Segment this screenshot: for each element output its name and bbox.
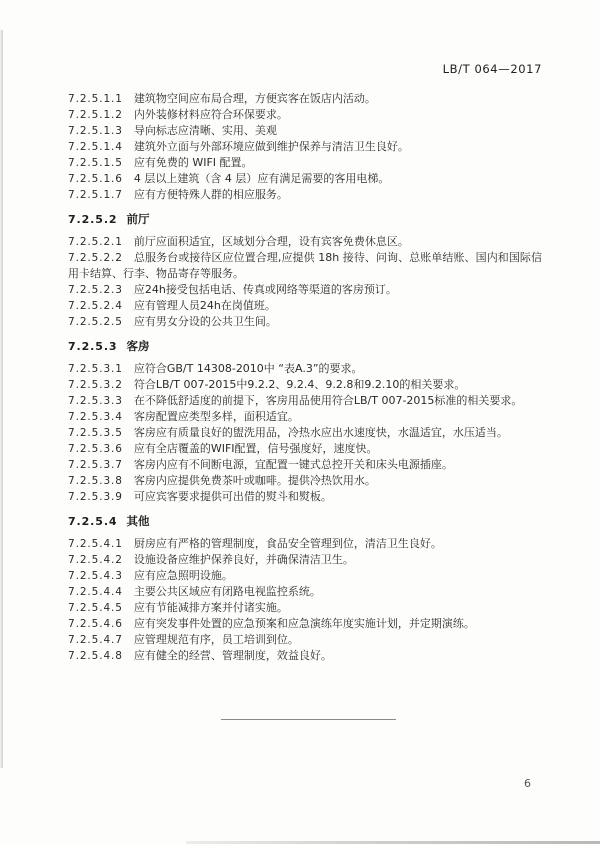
- clause-text: 客房应有质量良好的盥洗用品，冷热水应出水速度快，水温适宜，水压适当。: [134, 426, 508, 439]
- clause-line: 7.2.5.3.7客房内应有不间断电源，宜配置一键式总控开关和床头电源插座。: [68, 457, 542, 473]
- clause-text: 前厅应面积适宜，区域划分合理，设有宾客免费休息区。: [134, 235, 409, 248]
- section-number: 7.2.5.2: [68, 213, 117, 226]
- clause-text: 应符合GB/T 14308-2010中 “表A.3”的要求。: [134, 362, 363, 375]
- section-heading-front-hall: 7.2.5.2前厅: [68, 211, 542, 228]
- clause-line: 7.2.5.3.3在不降低舒适度的前提下，客房用品使用符合LB/T 007-20…: [68, 393, 542, 409]
- clause-number: 7.2.5.4.5: [68, 602, 123, 614]
- clause-number: 7.2.5.3.5: [68, 427, 123, 439]
- clause-number: 7.2.5.3.6: [68, 443, 123, 455]
- section-number: 7.2.5.3: [68, 340, 117, 353]
- clause-text: 应有应急照明设施。: [134, 569, 233, 582]
- clause-text: 客房内应提供免费茶叶或咖啡。提供冷热饮用水。: [134, 474, 376, 487]
- clause-number: 7.2.5.2.4: [68, 300, 123, 312]
- clause-number: 7.2.5.2.5: [68, 316, 123, 328]
- clause-line: 7.2.5.1.3导向标志应清晰、实用、美观: [68, 123, 542, 139]
- clause-number: 7.2.5.1.1: [68, 93, 123, 105]
- clause-text: 客房内应有不间断电源，宜配置一键式总控开关和床头电源插座。: [134, 458, 453, 471]
- clause-text: 厨房应有严格的管理制度，食品安全管理到位，清洁卫生良好。: [134, 537, 442, 550]
- clause-line: 7.2.5.3.2符合LB/T 007-2015中9.2.2、9.2.4、9.2…: [68, 377, 542, 393]
- clause-line: 7.2.5.2.1前厅应面积适宜，区域划分合理，设有宾客免费休息区。: [68, 234, 542, 250]
- clause-line: 7.2.5.4.5应有节能减排方案并付诸实施。: [68, 600, 542, 616]
- clause-text: 应有健全的经营、管理制度，效益良好。: [134, 649, 332, 662]
- document-page: LB/T 064—2017 7.2.5.1.1建筑物空间应布局合理，方便宾客在饭…: [0, 0, 600, 844]
- clause-text: 应有节能减排方案并付诸实施。: [134, 601, 288, 614]
- clause-line: 7.2.5.1.4建筑外立面与外部环境应做到维护保养与清洁卫生良好。: [68, 139, 542, 155]
- clause-text: 应有方便特殊人群的相应服务。: [134, 188, 288, 201]
- section-heading-guest-room: 7.2.5.3客房: [68, 338, 542, 355]
- section-heading-other: 7.2.5.4其他: [68, 513, 542, 530]
- section-title: 客房: [126, 339, 149, 353]
- clause-text: 可应宾客要求提供可出借的熨斗和熨板。: [134, 490, 332, 503]
- clause-number: 7.2.5.1.2: [68, 109, 123, 121]
- clause-number: 7.2.5.3.4: [68, 411, 123, 423]
- clause-number: 7.2.5.1.6: [68, 173, 123, 185]
- clause-line: 7.2.5.4.6应有突发事件处置的应急预案和应急演练年度实施计划，并定期演练。: [68, 616, 542, 632]
- clause-line: 7.2.5.2.5应有男女分设的公共卫生间。: [68, 314, 542, 330]
- clause-number: 7.2.5.1.5: [68, 157, 123, 169]
- clause-text: 客房配置应类型多样，面积适宜。: [134, 410, 299, 423]
- clause-line: 7.2.5.1.2内外装修材料应符合环保要求。: [68, 107, 542, 123]
- clause-number: 7.2.5.2.3: [68, 284, 123, 296]
- clause-number: 7.2.5.3.2: [68, 379, 123, 391]
- clause-text: 设施设备应维护保养良好，并确保清洁卫生。: [134, 553, 354, 566]
- clause-line: 7.2.5.4.1厨房应有严格的管理制度，食品安全管理到位，清洁卫生良好。: [68, 536, 542, 552]
- clause-line: 7.2.5.3.1应符合GB/T 14308-2010中 “表A.3”的要求。: [68, 361, 542, 377]
- clause-text: 主要公共区域应有闭路电视监控系统。: [134, 585, 321, 598]
- clause-line: 7.2.5.3.8客房内应提供免费茶叶或咖啡。提供冷热饮用水。: [68, 473, 542, 489]
- clause-text: 应有男女分设的公共卫生间。: [134, 315, 277, 328]
- clause-number: 7.2.5.4.4: [68, 586, 123, 598]
- document-body: 7.2.5.1.1建筑物空间应布局合理，方便宾客在饭店内活动。 7.2.5.1.…: [68, 91, 542, 664]
- clause-line: 7.2.5.1.7应有方便特殊人群的相应服务。: [68, 187, 542, 203]
- clause-line: 7.2.5.2.4应有管理人员24h在岗值班。: [68, 298, 542, 314]
- clause-number: 7.2.5.2.1: [68, 236, 123, 248]
- clause-line: 7.2.5.2.3应24h接受包括电话、传真或网络等渠道的客房预订。: [68, 282, 542, 298]
- clause-line: 7.2.5.3.9可应宾客要求提供可出借的熨斗和熨板。: [68, 489, 542, 505]
- clause-number: 7.2.5.4.2: [68, 554, 123, 566]
- clause-line: 7.2.5.4.3应有应急照明设施。: [68, 568, 542, 584]
- clause-line: 7.2.5.4.7应管理规范有序，员工培训到位。: [68, 632, 542, 648]
- clause-line: 7.2.5.4.8应有健全的经营、管理制度，效益良好。: [68, 648, 542, 664]
- clause-text: 应有免费的 WIFI 配置。: [134, 156, 253, 169]
- clause-line: 7.2.5.4.4主要公共区域应有闭路电视监控系统。: [68, 584, 542, 600]
- clause-line: 7.2.5.4.2设施设备应维护保养良好，并确保清洁卫生。: [68, 552, 542, 568]
- clause-text: 导向标志应清晰、实用、美观: [134, 124, 277, 137]
- section-title: 其他: [126, 514, 149, 528]
- clause-number: 7.2.5.4.3: [68, 570, 123, 582]
- clause-text: 符合LB/T 007-2015中9.2.2、9.2.4、9.2.8和9.2.10…: [134, 378, 466, 391]
- clause-text: 建筑物空间应布局合理，方便宾客在饭店内活动。: [134, 92, 376, 105]
- clause-number: 7.2.5.3.1: [68, 363, 123, 375]
- doc-number: LB/T 064—2017: [443, 62, 542, 76]
- clause-number: 7.2.5.3.9: [68, 491, 123, 503]
- clause-text: 内外装修材料应符合环保要求。: [134, 108, 288, 121]
- clause-text: 建筑外立面与外部环境应做到维护保养与清洁卫生良好。: [134, 140, 409, 153]
- clause-text: 应有全店覆盖的WIFI配置，信号强度好，速度快。: [134, 442, 378, 455]
- clause-line: 7.2.5.3.4客房配置应类型多样，面积适宜。: [68, 409, 542, 425]
- clause-number: 7.2.5.4.6: [68, 618, 123, 630]
- clause-line: 7.2.5.1.64 层以上建筑（含 4 层）应有满足需要的客用电梯。: [68, 171, 542, 187]
- clause-number: 7.2.5.3.3: [68, 395, 123, 407]
- clause-line: 7.2.5.1.1建筑物空间应布局合理，方便宾客在饭店内活动。: [68, 91, 542, 107]
- left-scan-edge-artifact: [0, 30, 3, 768]
- clause-number: 7.2.5.2.2: [68, 252, 123, 264]
- clause-text: 应管理规范有序，员工培训到位。: [134, 633, 299, 646]
- section-title: 前厅: [126, 212, 149, 226]
- clause-text: 4 层以上建筑（含 4 层）应有满足需要的客用电梯。: [134, 172, 390, 185]
- clause-line: 7.2.5.2.2总服务台或接待区应位置合理,应提供 18h 接待、问询、总账单…: [68, 250, 542, 282]
- clause-text: 应24h接受包括电话、传真或网络等渠道的客房预订。: [134, 283, 397, 296]
- clause-number: 7.2.5.3.7: [68, 459, 123, 471]
- section-number: 7.2.5.4: [68, 515, 117, 528]
- footer-separator-line: [221, 719, 396, 720]
- clause-text: 应有管理人员24h在岗值班。: [134, 299, 276, 312]
- clause-line: 7.2.5.3.6应有全店覆盖的WIFI配置，信号强度好，速度快。: [68, 441, 542, 457]
- clause-number: 7.2.5.1.3: [68, 125, 123, 137]
- clause-number: 7.2.5.1.4: [68, 141, 123, 153]
- clause-number: 7.2.5.3.8: [68, 475, 123, 487]
- clause-line: 7.2.5.1.5应有免费的 WIFI 配置。: [68, 155, 542, 171]
- clause-number: 7.2.5.1.7: [68, 189, 123, 201]
- page-number: 6: [524, 777, 531, 790]
- clause-number: 7.2.5.4.8: [68, 650, 123, 662]
- clause-line: 7.2.5.3.5客房应有质量良好的盥洗用品，冷热水应出水速度快，水温适宜，水压…: [68, 425, 542, 441]
- clause-number: 7.2.5.4.1: [68, 538, 123, 550]
- clause-text: 总服务台或接待区应位置合理,应提供 18h 接待、问询、总账单结账、国内和国际信…: [68, 251, 542, 280]
- clause-text: 在不降低舒适度的前提下，客房用品使用符合LB/T 007-2015标准的相关要求…: [134, 394, 523, 407]
- clause-text: 应有突发事件处置的应急预案和应急演练年度实施计划，并定期演练。: [134, 617, 475, 630]
- clause-number: 7.2.5.4.7: [68, 634, 123, 646]
